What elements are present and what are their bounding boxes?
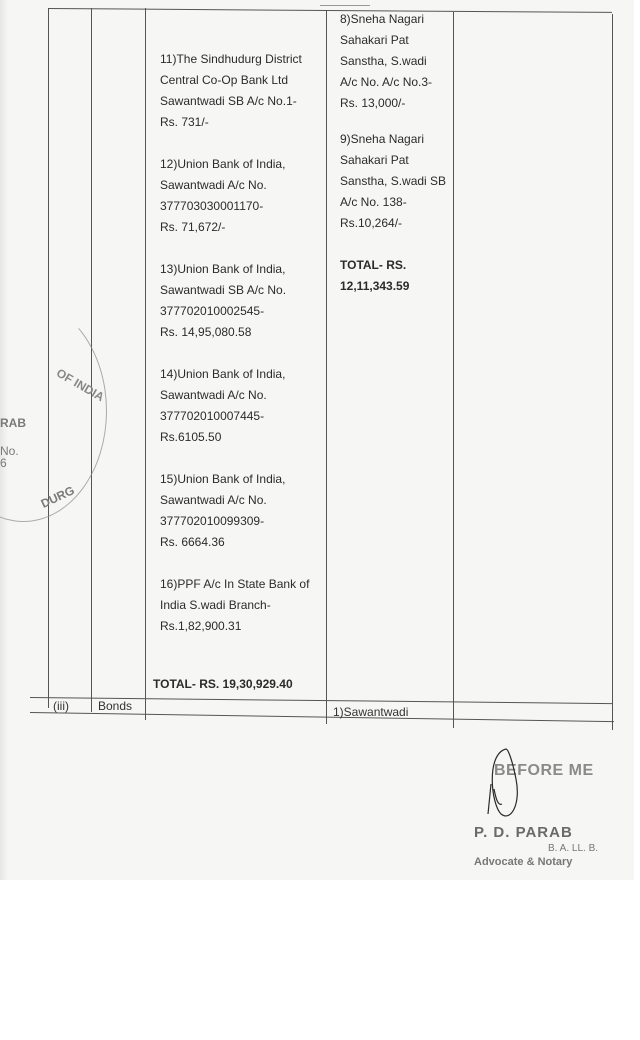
society-entry: 9)Sneha Nagari Sahakari Pat Sanstha, S.w…: [340, 129, 446, 234]
bank-entry: 11)The Sindhudurg District Central Co-Op…: [160, 49, 309, 133]
col4-total: TOTAL- RS. 12,11,343.59: [340, 255, 446, 297]
stamp-text: RAB: [0, 416, 26, 430]
bank-entry: 13)Union Bank of India, Sawantwadi SB A/…: [160, 259, 309, 343]
table-top-border: [48, 8, 612, 13]
assets-bank-list: 11)The Sindhudurg District Central Co-Op…: [160, 49, 309, 658]
table-column-divider: [326, 10, 327, 724]
row-index: (iii): [53, 699, 69, 713]
row-label-bonds: Bonds: [98, 699, 132, 713]
table-column-divider: [453, 12, 454, 728]
notary-degree: B. A. LL. B.: [548, 843, 598, 854]
bank-entry: 16)PPF A/c In State Bank of India S.wadi…: [160, 574, 309, 637]
bank-entry: 15)Union Bank of India, Sawantwadi A/c N…: [160, 469, 309, 553]
signature-icon: [476, 744, 536, 824]
col3-total: TOTAL- RS. 19,30,929.40: [153, 674, 293, 695]
bonds-entry: 1)Sawantwadi: [333, 705, 408, 719]
society-entry: 8)Sneha Nagari Sahakari Pat Sanstha, S.w…: [340, 9, 446, 114]
page-marker-line: [320, 5, 370, 6]
bank-entry: 14)Union Bank of India, Sawantwadi A/c N…: [160, 364, 309, 448]
table-bottom-border: [30, 712, 614, 722]
stamp-text: 6: [0, 456, 7, 470]
table-column-divider: [145, 8, 146, 720]
assets-society-list: 8)Sneha Nagari Sahakari Pat Sanstha, S.w…: [340, 9, 446, 297]
table-border-right: [612, 14, 613, 730]
notary-name: P. D. PARAB: [474, 824, 573, 841]
scanned-page: 11)The Sindhudurg District Central Co-Op…: [0, 0, 634, 880]
bank-entry: 12)Union Bank of India, Sawantwadi A/c N…: [160, 154, 309, 238]
notary-role: Advocate & Notary: [474, 856, 572, 868]
